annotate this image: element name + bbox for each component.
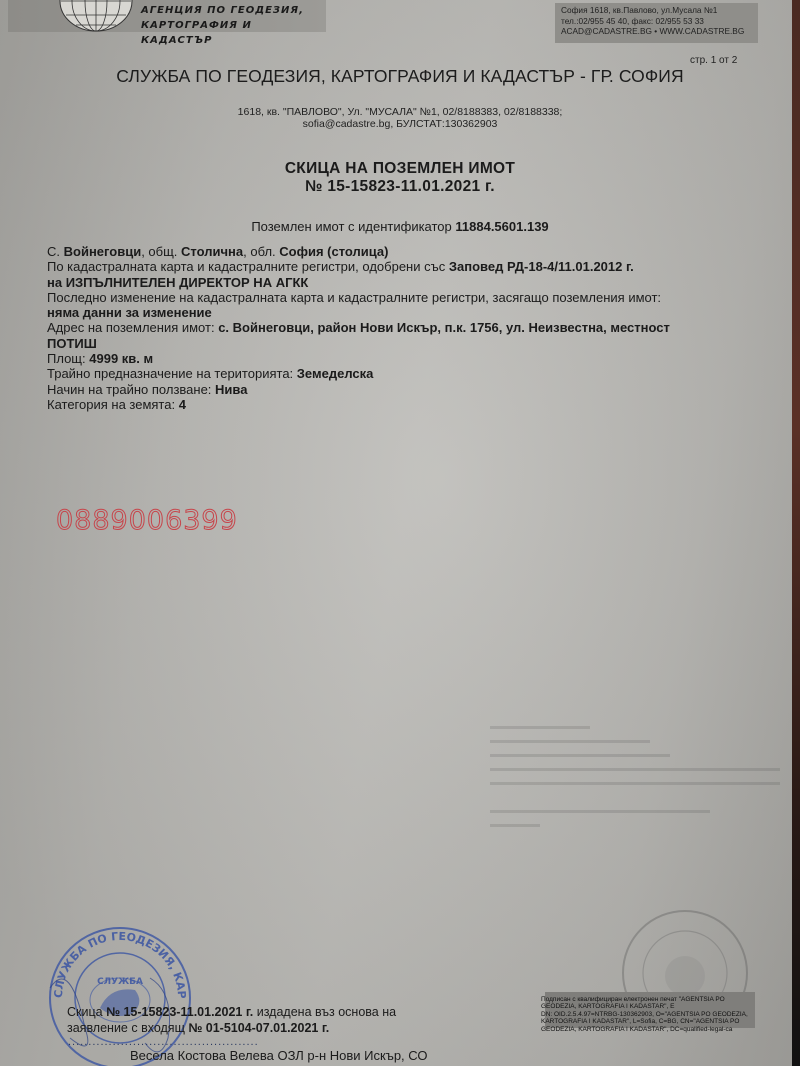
- municipality-value: Столична: [181, 244, 243, 259]
- svg-text:СЛУЖБА: СЛУЖБА: [97, 977, 143, 987]
- area-line: Площ: 4999 кв. м: [47, 351, 767, 366]
- office-contact-line: sofia@cadastre.bg, БУЛСТАТ:130362903: [0, 118, 800, 130]
- agency-name-line: АГЕНЦИЯ ПО ГЕОДЕЗИЯ,: [141, 3, 326, 18]
- bleed-through-text: ▬▬▬▬▬▬▬▬▬▬▬▬▬▬▬▬▬▬▬▬▬▬▬▬▬▬▬▬▬▬▬▬▬▬▬▬▬▬▬▬…: [490, 720, 800, 832]
- issued-prefix: Скица: [67, 1005, 103, 1019]
- background-edge: [792, 0, 800, 1066]
- village-prefix: С.: [47, 244, 60, 259]
- office-address: 1618, кв. "ПАВЛОВО", Ул. "МУСАЛА" №1, 02…: [0, 106, 800, 130]
- esignature-line: Подписан с квалифициран електронен печат…: [541, 996, 771, 1003]
- agency-name-line: КАРТОГРАФИЯ И КАДАСТЪР: [141, 18, 326, 48]
- location-line: С. Войнеговци, общ. Столична, обл. София…: [47, 244, 767, 259]
- area-value: 4999 кв. м: [89, 351, 153, 366]
- municipality-prefix: , общ.: [141, 244, 177, 259]
- category-line: Категория на земята: 4: [47, 397, 767, 412]
- last-change-line: няма данни за изменение: [47, 305, 767, 320]
- office-title: СЛУЖБА ПО ГЕОДЕЗИЯ, КАРТОГРАФИЯ И КАДАСТ…: [0, 66, 800, 87]
- cadastral-label: По кадастралната карта и кадастралните р…: [47, 259, 445, 274]
- usage-line: Начин на трайно ползване: Нива: [47, 382, 767, 397]
- region-prefix: , обл.: [243, 244, 276, 259]
- application-number: № 01-5104-07.01.2021 г.: [188, 1021, 329, 1035]
- purpose-line: Трайно предназначение на територията: Зе…: [47, 366, 767, 381]
- esignature-line: GEODEZIA, KARTOGRAFIA I KADASTAR", E: [541, 1003, 771, 1010]
- signer-name: Весела Костова Велева ОЗЛ р-н Нови Искър…: [130, 1048, 428, 1063]
- usage-value: Нива: [215, 382, 247, 397]
- order-value: Заповед РД-18-4/11.01.2012 г.: [449, 259, 634, 274]
- property-details: С. Войнеговци, общ. Столична, обл. София…: [47, 244, 767, 412]
- category-label: Категория на земята:: [47, 397, 175, 412]
- order-by-value: на ИЗПЪЛНИТЕЛЕН ДИРЕКТОР НА АГКК: [47, 275, 308, 290]
- address-label: Адрес на поземления имот:: [47, 320, 215, 335]
- esignature-line: GEODEZIA, KARTOGRAFIA I KADASTAR", DC=qu…: [541, 1026, 771, 1033]
- contact-address: София 1618, кв.Павлово, ул.Мусала №1: [561, 5, 758, 16]
- region-value: София (столица): [279, 244, 388, 259]
- issued-number: № 15-15823-11.01.2021 г.: [106, 1005, 253, 1019]
- area-label: Площ:: [47, 351, 86, 366]
- property-identifier: Поземлен имот с идентификатор 11884.5601…: [0, 219, 800, 234]
- purpose-value: Земеделска: [297, 366, 374, 381]
- contact-web: ACAD@CADASTRE.BG • WWW.CADASTRE.BG: [561, 26, 758, 37]
- address-value-cont: ПОТИШ: [47, 336, 97, 351]
- application-text: заявление с входящ: [67, 1021, 185, 1035]
- agency-header-band: АГЕНЦИЯ ПО ГЕОДЕЗИЯ, КАРТОГРАФИЯ И КАДАС…: [8, 0, 326, 32]
- document-title: СКИЦА НА ПОЗЕМЛЕН ИМОТ № 15-15823-11.01.…: [0, 160, 800, 196]
- agency-contact-block: София 1618, кв.Павлово, ул.Мусала №1 тел…: [555, 3, 758, 43]
- office-address-line: 1618, кв. "ПАВЛОВО", Ул. "МУСАЛА" №1, 02…: [0, 106, 800, 118]
- globe-icon: [58, 0, 134, 32]
- identifier-value: 11884.5601.139: [455, 219, 548, 234]
- usage-label: Начин на трайно ползване:: [47, 382, 211, 397]
- application-line: заявление с входящ № 01-5104-07.01.2021 …: [67, 1020, 396, 1036]
- last-change-value: няма данни за изменение: [47, 305, 212, 320]
- address-cont-line: ПОТИШ: [47, 336, 767, 351]
- cadastral-order-line: По кадастралната карта и кадастралните р…: [47, 259, 767, 274]
- esignature-text: Подписан с квалифициран електронен печат…: [541, 996, 771, 1033]
- page-number: стр. 1 от 2: [690, 55, 737, 66]
- document-title-text: СКИЦА НА ПОЗЕМЛЕН ИМОТ: [0, 160, 800, 178]
- last-change-label: Последно изменение на кадастралната карт…: [47, 290, 767, 305]
- issuance-line: Скица № 15-15823-11.01.2021 г. издадена …: [67, 1004, 396, 1020]
- address-line: Адрес на поземления имот: с. Войнеговци,…: [47, 320, 767, 335]
- esignature-line: DN: OID.2.5.4.97=NTRBG-130362903, O="AGE…: [541, 1011, 771, 1018]
- esignature-line: KARTOGRAFIA I KADASTAR", L=Sofia, C=BG, …: [541, 1018, 771, 1025]
- document-number: № 15-15823-11.01.2021 г.: [0, 178, 800, 196]
- village-value: Войнеговци: [64, 244, 142, 259]
- signature-dots: ........................................…: [68, 1036, 259, 1048]
- address-value: с. Войнеговци, район Нови Искър, п.к. 17…: [218, 320, 670, 335]
- order-by-line: на ИЗПЪЛНИТЕЛЕН ДИРЕКТОР НА АГКК: [47, 275, 767, 290]
- phone-watermark: 0889006399: [56, 505, 238, 536]
- agency-name: АГЕНЦИЯ ПО ГЕОДЕЗИЯ, КАРТОГРАФИЯ И КАДАС…: [141, 3, 326, 48]
- identifier-label: Поземлен имот с идентификатор: [251, 219, 451, 234]
- contact-phone: тел.:02/955 45 40, факс: 02/955 53 33: [561, 16, 758, 27]
- category-value: 4: [179, 397, 186, 412]
- issuance-statement: Скица № 15-15823-11.01.2021 г. издадена …: [67, 1004, 396, 1036]
- purpose-label: Трайно предназначение на територията:: [47, 366, 293, 381]
- issued-text: издадена въз основа на: [257, 1005, 396, 1019]
